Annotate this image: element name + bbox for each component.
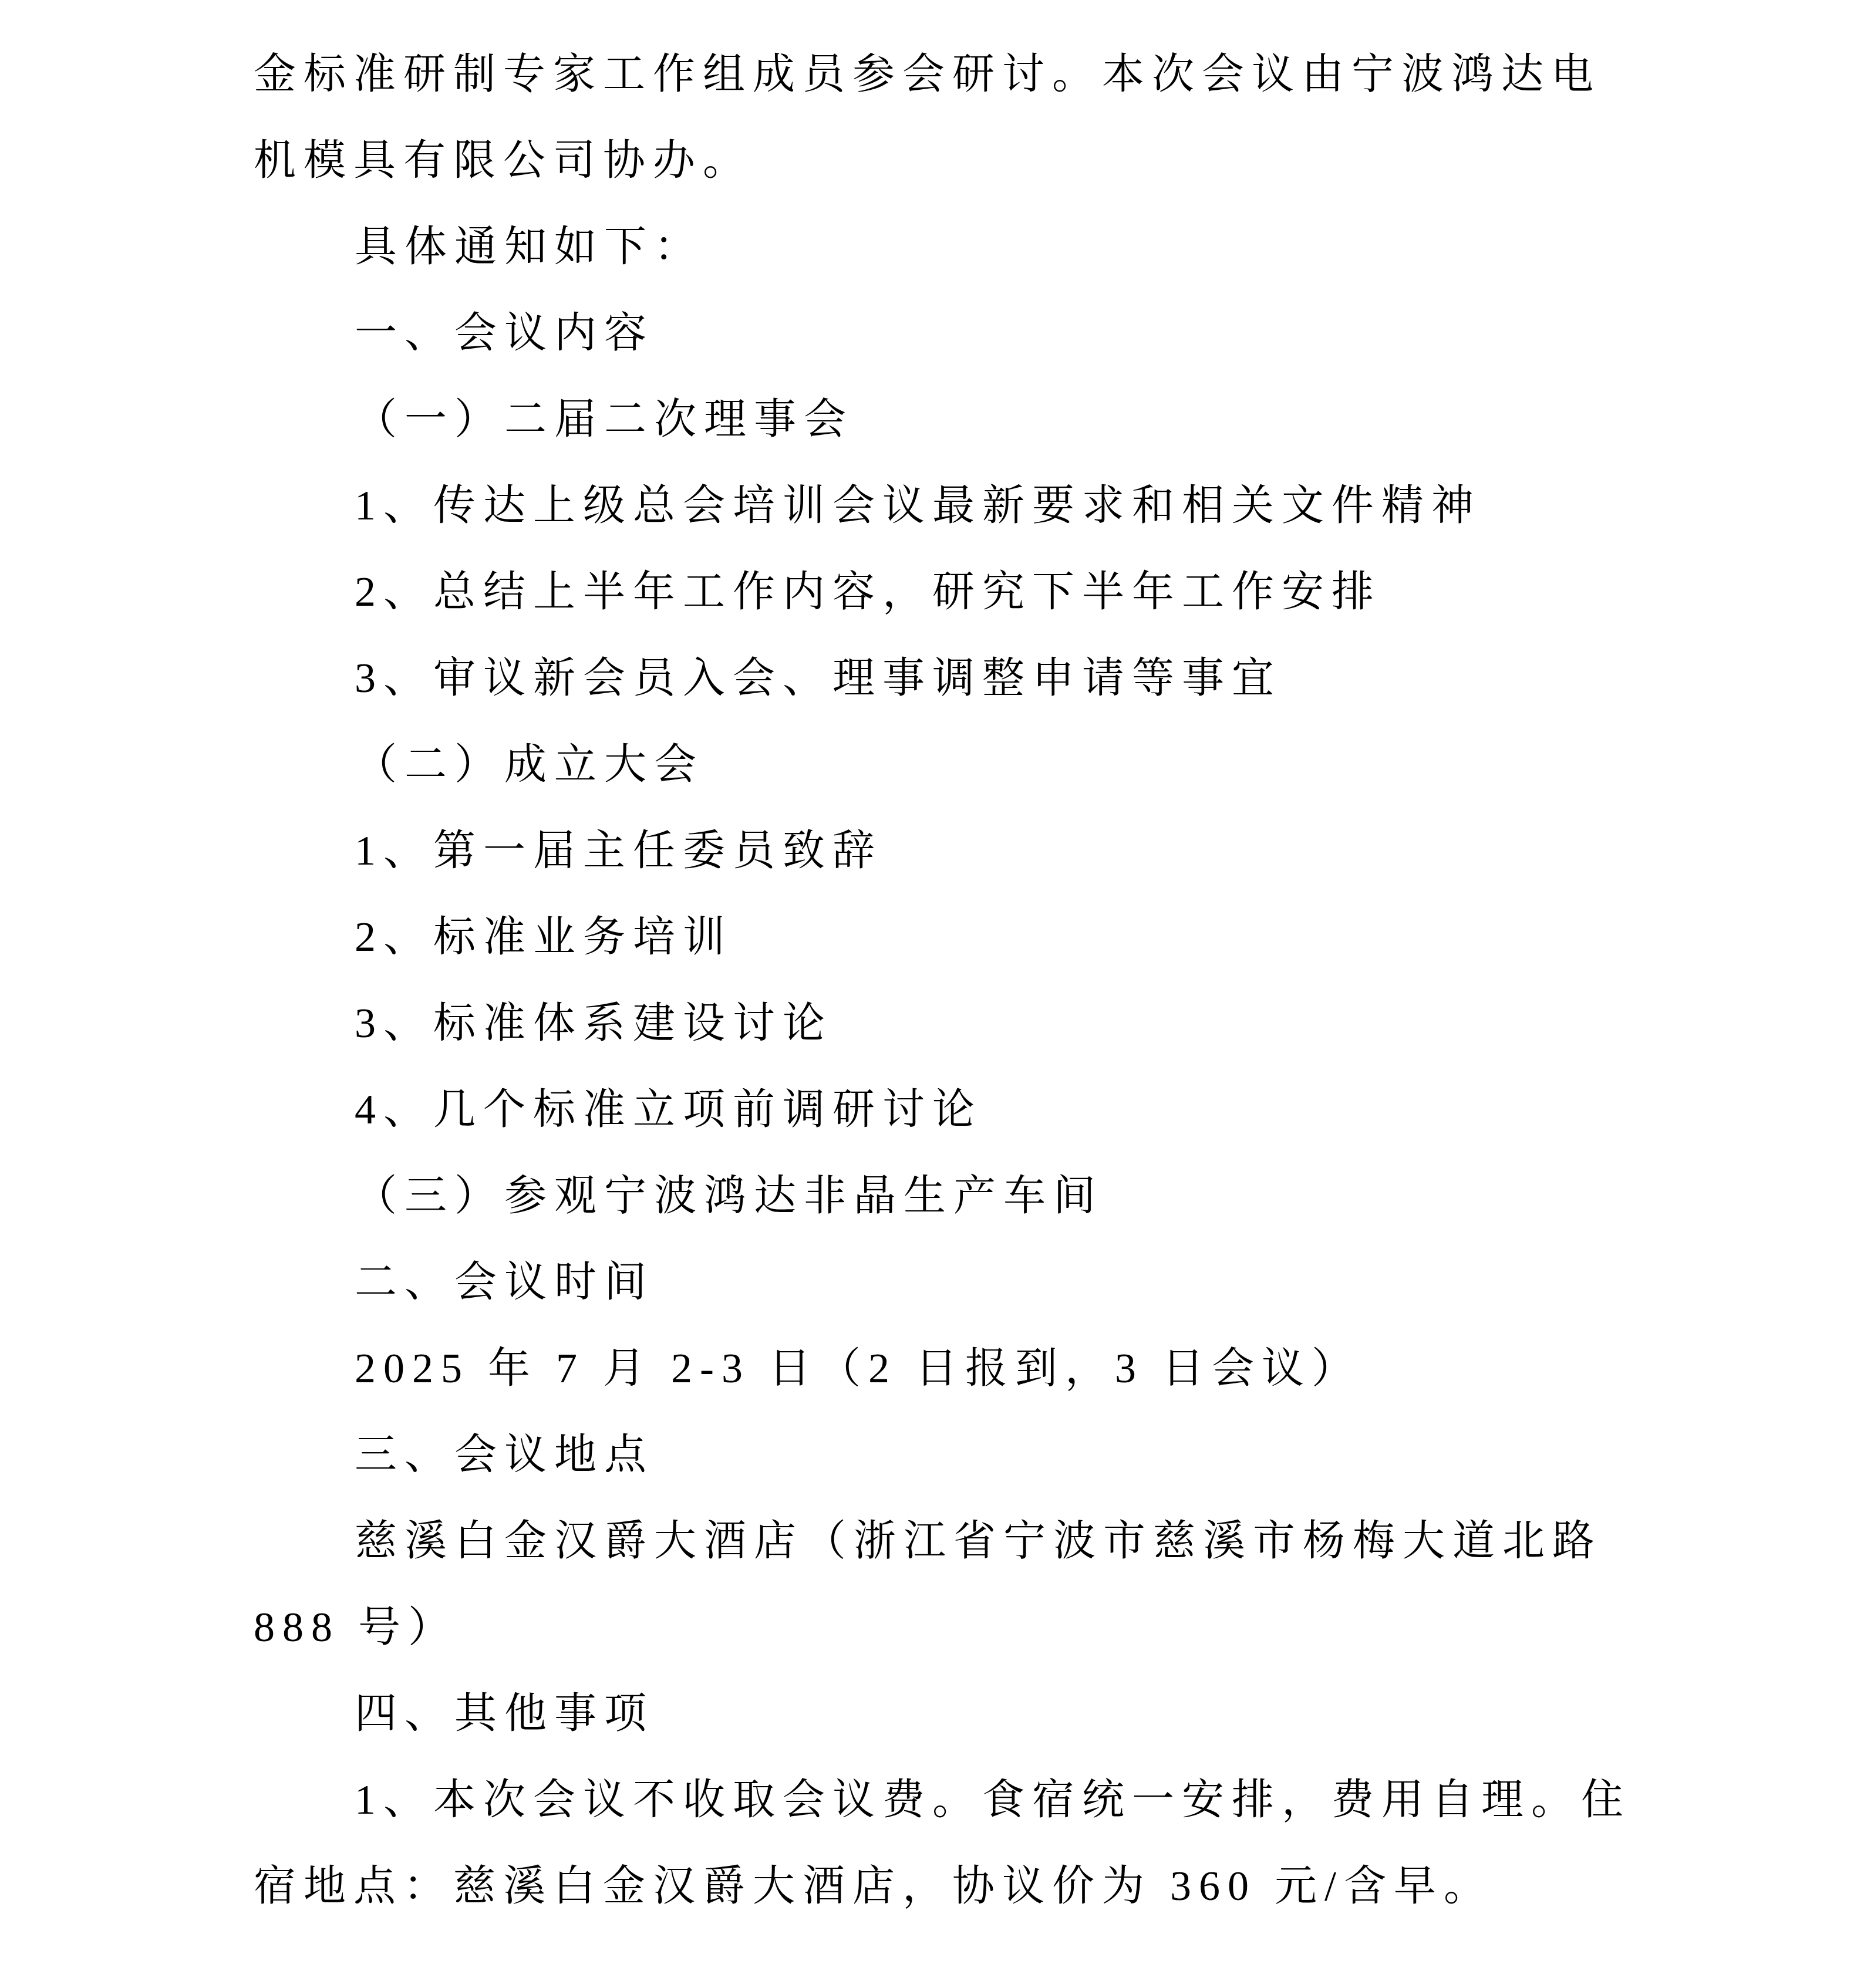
doc-line-list-item: 1、传达上级总会培训会议最新要求和相关文件精神 — [254, 463, 1627, 549]
doc-line-list-item: 2、标准业务培训 — [254, 894, 1627, 980]
doc-line-section-heading: 四、其他事项 — [254, 1670, 1627, 1757]
document-body: 金标准研制专家工作组成员参会研讨。本次会议由宁波鸿达电 机模具有限公司协办。 具… — [254, 31, 1627, 1929]
doc-line-section-heading: 一、会议内容 — [254, 290, 1627, 376]
document-page: 金标准研制专家工作组成员参会研讨。本次会议由宁波鸿达电 机模具有限公司协办。 具… — [0, 0, 1864, 1988]
doc-line-meeting-address: 慈溪白金汉爵大酒店（浙江省宁波市慈溪市杨梅大道北路 — [254, 1498, 1627, 1584]
doc-line: 具体通知如下： — [254, 204, 1627, 290]
doc-line-meeting-address: 888 号） — [254, 1584, 1627, 1670]
doc-line-list-item: 3、审议新会员入会、理事调整申请等事宜 — [254, 635, 1627, 721]
doc-line-section-heading: 二、会议时间 — [254, 1239, 1627, 1325]
doc-line-subsection-heading: （一）二届二次理事会 — [254, 376, 1627, 463]
doc-line: 机模具有限公司协办。 — [254, 117, 1627, 204]
doc-line-list-item: 3、标准体系建设讨论 — [254, 980, 1627, 1066]
doc-line-list-item: 2、总结上半年工作内容，研究下半年工作安排 — [254, 549, 1627, 635]
doc-line-meeting-date: 2025 年 7 月 2-3 日（2 日报到，3 日会议） — [254, 1325, 1627, 1412]
doc-line-subsection-heading: （三）参观宁波鸿达非晶生产车间 — [254, 1153, 1627, 1239]
doc-line-list-item: 1、本次会议不收取会议费。食宿统一安排，费用自理。住 — [254, 1757, 1627, 1843]
doc-line-list-item: 4、几个标准立项前调研讨论 — [254, 1066, 1627, 1153]
doc-line-subsection-heading: （二）成立大会 — [254, 721, 1627, 808]
doc-line-list-item: 宿地点：慈溪白金汉爵大酒店，协议价为 360 元/含早。 — [254, 1843, 1627, 1929]
doc-line-list-item: 1、第一届主任委员致辞 — [254, 808, 1627, 894]
doc-line: 金标准研制专家工作组成员参会研讨。本次会议由宁波鸿达电 — [254, 31, 1627, 117]
doc-line-section-heading: 三、会议地点 — [254, 1412, 1627, 1498]
